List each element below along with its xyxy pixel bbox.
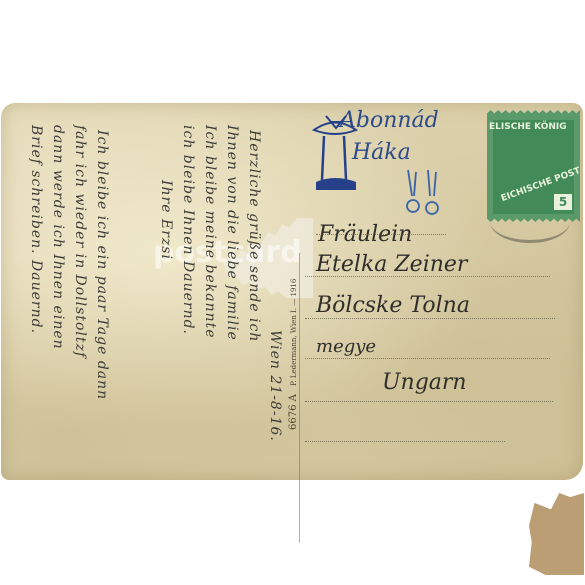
message-signature: Ihre Erzsi [158, 180, 174, 260]
message-line: Ich bleibe meine bekannte [202, 125, 218, 339]
address-place: Bölcske Tolna [316, 293, 470, 318]
message-line: fahr ich wieder in Dollstoltzf [72, 125, 88, 358]
address-county: megye [316, 336, 376, 357]
address-name: Etelka Zeiner [316, 252, 467, 277]
printer-imprint: 6676 A P. Ledermann, Wien I. — 1916 [288, 279, 299, 430]
address-country: Ungarn [382, 370, 467, 395]
address-underline [316, 233, 446, 235]
address-line-3 [305, 357, 550, 359]
message-date: Wien 21-8-16. [267, 330, 283, 442]
stamp-top-text: ELISCHE KÖNIG [489, 122, 567, 132]
message-line: Ihnen von die liebe familie [224, 125, 240, 341]
address-line-1 [305, 275, 550, 277]
address-line-2 [305, 317, 555, 319]
stain [529, 493, 584, 575]
message-line: ich bleibe Ihnen Dauernd. [180, 125, 196, 335]
message-line: dann werde ich Ihnen einen [50, 125, 66, 350]
blue-ink-marks [402, 168, 442, 220]
address-line-5 [305, 440, 505, 442]
message-line: Ich bleibe ich ein paar Tage dann [94, 130, 110, 400]
printer-text: P. Ledermann, Wien I. — 1916 [290, 279, 298, 386]
message-line: Herzliche grüße sende ich [246, 130, 262, 342]
message-line: Brief schreiben. Dauernd. [28, 125, 44, 334]
center-divider [299, 253, 300, 543]
printer-number: 6676 A [288, 394, 299, 430]
blue-annotation-line1: Abonnád [340, 108, 439, 133]
address-line-4 [305, 400, 553, 402]
blue-annotation-line2: Háka [352, 140, 411, 165]
postmark [490, 200, 570, 243]
